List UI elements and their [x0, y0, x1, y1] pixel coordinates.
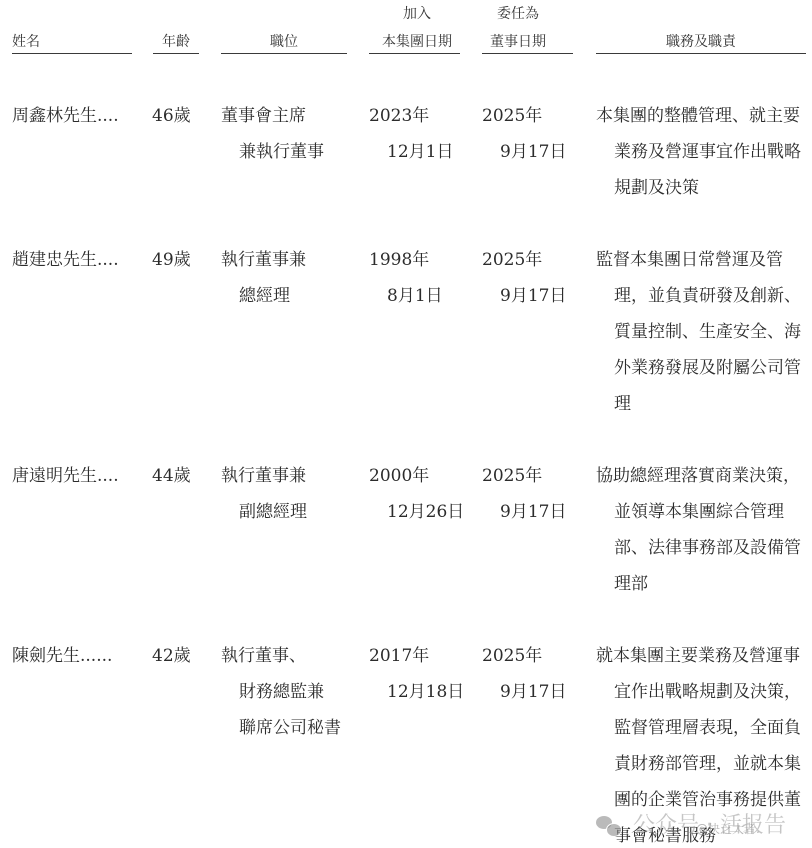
row-join-date: 2000年 12月26日 — [369, 458, 464, 530]
age-text: 42歲 — [152, 646, 191, 666]
row-join-date: 2017年 12月18日 — [369, 638, 464, 710]
age-text: 49歲 — [152, 250, 191, 270]
duties-line: 質量控制、生產安全、海 — [596, 314, 801, 350]
row-position: 董事會主席 兼執行董事 — [221, 98, 324, 170]
duties-line: 監督本集團日常營運及管 — [596, 242, 801, 278]
header-join-date-line1: 加入 — [378, 4, 456, 24]
position-line: 執行董事兼 — [221, 242, 306, 278]
position-line: 副總經理 — [221, 494, 307, 530]
row-position: 執行董事兼 副總經理 — [221, 458, 307, 530]
row-join-date: 1998年 8月1日 — [369, 242, 443, 314]
row-age: 44歲 — [152, 458, 191, 494]
row-name: 唐遠明先生.... — [12, 458, 119, 494]
row-name: 趙建忠先生.... — [12, 242, 119, 278]
row-appointed-date: 2025年 9月17日 — [482, 98, 566, 170]
appointed-day: 9月17日 — [482, 674, 566, 710]
duties-line: 理 — [596, 386, 801, 422]
header-appointed-date-line1: 委任為 — [478, 4, 558, 24]
row-appointed-date: 2025年 9月17日 — [482, 638, 566, 710]
appointed-day: 9月17日 — [482, 494, 566, 530]
position-line: 兼執行董事 — [221, 134, 324, 170]
duties-line: 業務及營運事宜作出戰略 — [596, 134, 801, 170]
header-duties-label: 職務及職責 — [666, 34, 736, 50]
join-year: 1998年 — [369, 242, 443, 278]
header-position: 職位 — [270, 32, 298, 52]
duties-line: 理，並負責研發及創新、 — [596, 278, 801, 314]
appointed-year: 2025年 — [482, 638, 566, 674]
join-year: 2000年 — [369, 458, 464, 494]
duties-line: 協助總經理落實商業決策， — [596, 458, 801, 494]
header-name: 姓名 — [12, 32, 40, 52]
header-rule-join-date — [369, 53, 460, 54]
position-line: 執行董事、 — [221, 638, 341, 674]
duties-line: 監督管理層表現，全面負 — [596, 710, 801, 746]
header-position-label: 職位 — [270, 34, 298, 50]
appointed-day: 9月17日 — [482, 278, 566, 314]
header-appointed-date: 委任為 董事日期 — [478, 4, 558, 52]
header-rule-position — [221, 53, 347, 54]
position-line: 董事會主席 — [221, 98, 324, 134]
row-join-date: 2023年 12月1日 — [369, 98, 453, 170]
row-position: 執行董事兼 總經理 — [221, 242, 306, 314]
header-name-label: 姓名 — [12, 34, 40, 50]
row-duties: 監督本集團日常營運及管 理，並負責研發及創新、 質量控制、生產安全、海 外業務發… — [596, 242, 801, 422]
duties-line: 並領導本集團綜合管理 — [596, 494, 801, 530]
header-rule-age — [153, 53, 199, 54]
row-appointed-date: 2025年 9月17日 — [482, 458, 566, 530]
duties-line: 責財務部管理，並就本集 — [596, 746, 801, 782]
duties-line: 外業務發展及附屬公司管 — [596, 350, 801, 386]
duties-line: 理部 — [596, 566, 801, 602]
join-year: 2023年 — [369, 98, 453, 134]
age-text: 46歲 — [152, 106, 191, 126]
header-join-date-line2: 本集團日期 — [378, 32, 456, 52]
join-day: 12月26日 — [369, 494, 464, 530]
position-line: 執行董事兼 — [221, 458, 307, 494]
row-age: 49歲 — [152, 242, 191, 278]
join-day: 12月18日 — [369, 674, 464, 710]
position-line: 財務總監兼 — [221, 674, 341, 710]
appointed-year: 2025年 — [482, 98, 566, 134]
row-position: 執行董事、 財務總監兼 聯席公司秘書 — [221, 638, 341, 746]
row-duties: 協助總經理落實商業決策， 並領導本集團綜合管理 部、法律事務部及設備管 理部 — [596, 458, 801, 602]
name-text: 唐遠明先生.... — [12, 466, 119, 486]
header-duties: 職務及職責 — [666, 32, 736, 52]
row-duties: 本集團的整體管理、就主要 業務及營運事宜作出戰略 規劃及決策 — [596, 98, 801, 206]
duties-line: 就本集團主要業務及營運事 — [596, 638, 801, 674]
row-duties: 就本集團主要業務及營運事 宜作出戰略規劃及決策， 監督管理層表現，全面負 責財務… — [596, 638, 801, 848]
row-name: 陳劍先生...... — [12, 638, 112, 674]
position-line: 聯席公司秘書 — [221, 710, 341, 746]
appointed-year: 2025年 — [482, 458, 566, 494]
row-name: 周鑫林先生.... — [12, 98, 119, 134]
position-line: 總經理 — [221, 278, 306, 314]
row-age: 42歲 — [152, 638, 191, 674]
join-day: 12月1日 — [369, 134, 453, 170]
header-rule-appointed-date — [482, 53, 573, 54]
watermark-handle: @快乏大者. — [696, 820, 760, 837]
appointed-year: 2025年 — [482, 242, 566, 278]
header-join-date: 加入 本集團日期 — [378, 4, 456, 52]
appointed-day: 9月17日 — [482, 134, 566, 170]
row-age: 46歲 — [152, 98, 191, 134]
header-age-label: 年齡 — [162, 34, 190, 50]
name-text: 趙建忠先生.... — [12, 250, 119, 270]
duties-line: 規劃及決策 — [596, 170, 801, 206]
duties-line: 部、法律事務部及設備管 — [596, 530, 801, 566]
join-day: 8月1日 — [369, 278, 443, 314]
header-rule-name — [12, 53, 132, 54]
join-year: 2017年 — [369, 638, 464, 674]
name-text: 陳劍先生...... — [12, 646, 112, 666]
age-text: 44歲 — [152, 466, 191, 486]
duties-line: 團的企業管治事務提供董 — [596, 782, 801, 818]
header-age: 年齡 — [162, 32, 190, 52]
header-appointed-date-line2: 董事日期 — [478, 32, 558, 52]
row-appointed-date: 2025年 9月17日 — [482, 242, 566, 314]
name-text: 周鑫林先生.... — [12, 106, 119, 126]
duties-line: 宜作出戰略規劃及決策， — [596, 674, 801, 710]
header-rule-duties — [596, 53, 806, 54]
duties-line: 本集團的整體管理、就主要 — [596, 98, 801, 134]
